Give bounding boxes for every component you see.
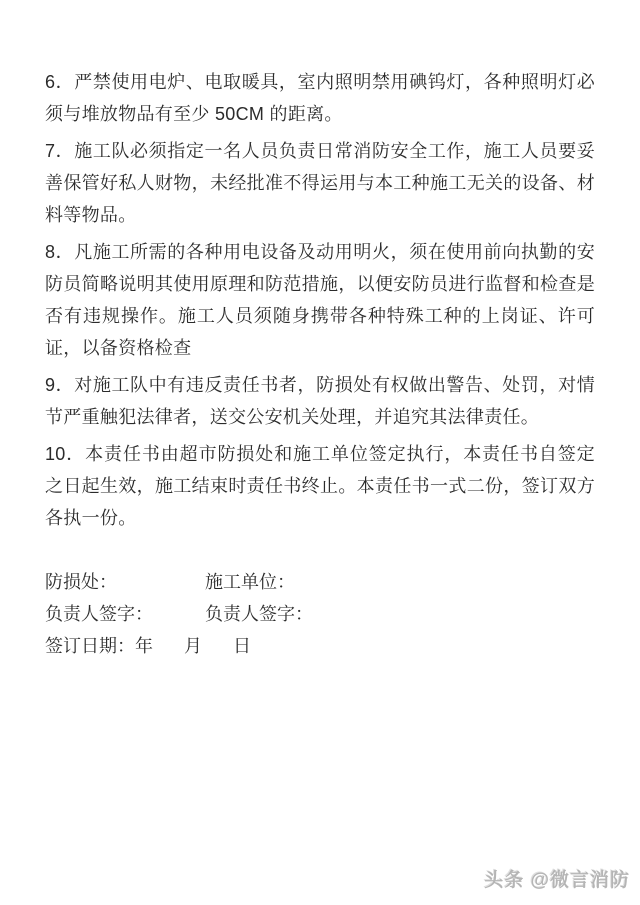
signing-date-label: 签订日期： — [45, 636, 135, 656]
document-body: 6．严禁使用电炉、电取暖具，室内照明禁用碘钨灯，各种照明灯必须与堆放物品有至少 … — [45, 66, 595, 662]
clause-8: 8．凡施工所需的各种用电设备及动用明火，须在使用前向执勤的安防员简略说明其使用原… — [45, 236, 595, 364]
toutiao-watermark: 头条 @微言消防 — [484, 865, 630, 892]
signature-block: 防损处： 施工单位： 负责人签字： 负责人签字： 签订日期：年 月 日 — [45, 566, 595, 662]
loss-prevention-dept-label: 防损处： — [45, 566, 200, 598]
responsible-person-signature-right-label: 负责人签字： — [205, 604, 313, 624]
clause-6: 6．严禁使用电炉、电取暖具，室内照明禁用碘钨灯，各种照明灯必须与堆放物品有至少 … — [45, 66, 595, 130]
signature-row-signers: 负责人签字： 负责人签字： — [45, 598, 595, 630]
responsible-person-signature-left-label: 负责人签字： — [45, 598, 200, 630]
clause-7: 7．施工队必须指定一名人员负责日常消防安全工作，施工人员要妥善保管好私人财物，未… — [45, 135, 595, 231]
signature-row-org: 防损处： 施工单位： — [45, 566, 595, 598]
signature-row-date: 签订日期：年 月 日 — [45, 630, 595, 662]
clause-9: 9．对施工队中有违反责任书者，防损处有权做出警告、处罚，对情节严重触犯法律者，送… — [45, 369, 595, 433]
construction-unit-label: 施工单位： — [205, 572, 295, 592]
date-year-label: 年 — [135, 636, 153, 656]
date-day-label: 日 — [233, 636, 251, 656]
clause-10: 10．本责任书由超市防损处和施工单位签定执行，本责任书自签定之日起生效，施工结束… — [45, 438, 595, 534]
document-page: 6．严禁使用电炉、电取暖具，室内照明禁用碘钨灯，各种照明灯必须与堆放物品有至少 … — [0, 0, 640, 905]
date-month-label: 月 — [184, 636, 202, 656]
